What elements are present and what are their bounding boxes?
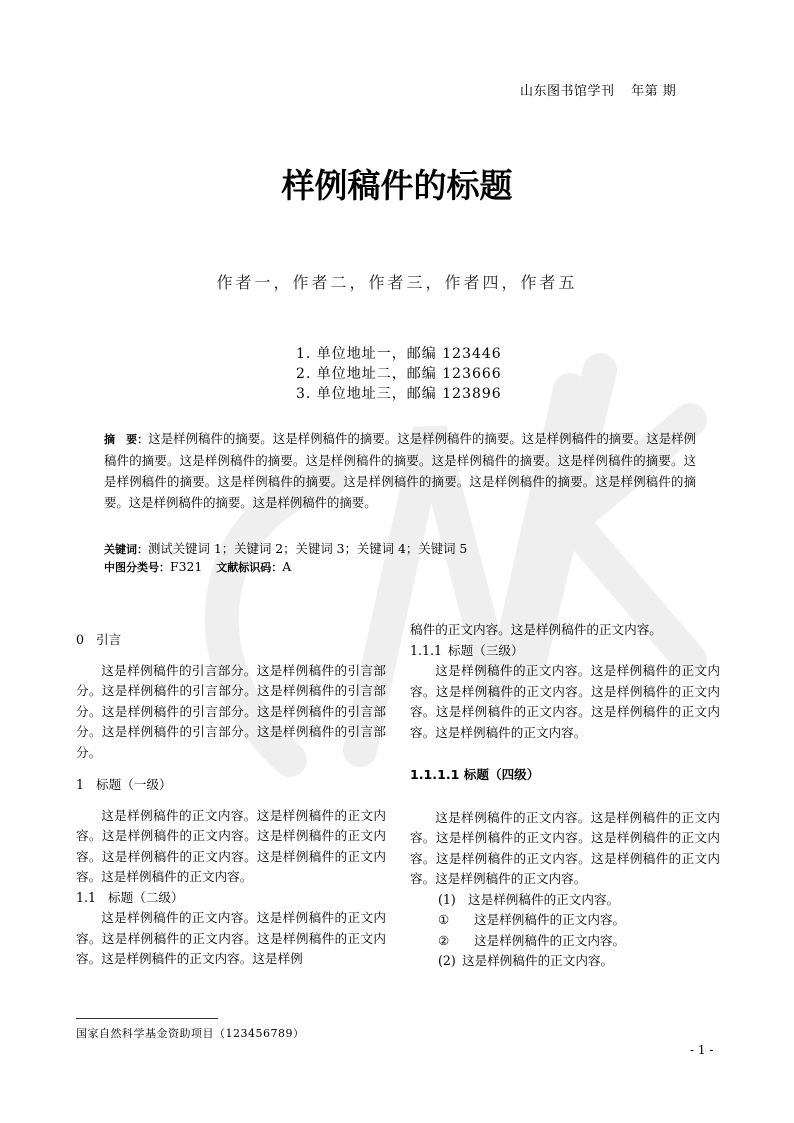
clc-label: 中图分类号： (104, 561, 170, 574)
section-heading-level1: 1标题（一级） (76, 775, 386, 796)
clc-value: F321 (170, 559, 202, 574)
affiliation-list: 1. 单位地址一，邮编 123446 2. 单位地址二，邮编 123666 3.… (296, 344, 502, 404)
journal-name: 山东图书馆学刊 (520, 84, 615, 99)
keywords-label: 关键词： (104, 543, 148, 556)
list-item: ②这是样例稿件的正文内容。 (410, 931, 720, 952)
author-list: 作者一，作者二，作者三，作者四，作者五 (0, 270, 794, 293)
continued-paragraph: 稿件的正文内容。这是样例稿件的正文内容。 (410, 620, 720, 641)
paper-title: 样例稿件的标题 (0, 160, 794, 207)
section1111-paragraph: 这是样例稿件的正文内容。这是样例稿件的正文内容。这是样例稿件的正文内容。这是样例… (410, 808, 720, 890)
affiliation-item: 2. 单位地址二，邮编 123666 (296, 364, 502, 384)
abstract-label: 摘 要： (104, 433, 148, 446)
abstract-text: 这是样例稿件的摘要。这是样例稿件的摘要。这是样例稿件的摘要。这是样例稿件的摘要。… (104, 431, 696, 510)
intro-paragraph: 这是样例稿件的引言部分。这是样例稿件的引言部分。这是样例稿件的引言部分。这是样例… (76, 661, 386, 764)
list-item: (2)这是样例稿件的正文内容。 (410, 951, 720, 972)
journal-header: 山东图书馆学刊 年第 期 (520, 80, 676, 99)
section1-paragraph: 这是样例稿件的正文内容。这是样例稿件的正文内容。这是样例稿件的正文内容。这是样例… (76, 806, 386, 888)
section-heading-level2: 1.1标题（二级） (76, 888, 386, 909)
section-heading-level3: 1.1.1标题（三级） (410, 641, 720, 662)
affiliation-item: 1. 单位地址一，邮编 123446 (296, 344, 502, 364)
page-number: - 1 - (690, 1043, 713, 1057)
doc-code-value: A (282, 559, 291, 574)
section11-paragraph: 这是样例稿件的正文内容。这是样例稿件的正文内容。这是样例稿件的正文内容。这是样例… (76, 908, 386, 970)
body-left-column: 0引言 这是样例稿件的引言部分。这是样例稿件的引言部分。这是样例稿件的引言部分。… (76, 630, 386, 970)
classification: 中图分类号：F321 文献标识码：A (104, 559, 291, 575)
funding-footnote: 国家自然科学基金资助项目（123456789） (76, 1025, 305, 1041)
body-right-column: 稿件的正文内容。这是样例稿件的正文内容。 1.1.1标题（三级） 这是样例稿件的… (410, 620, 720, 972)
keywords-text: 测试关键词 1；关键词 2；关键词 3；关键词 4；关键词 5 (148, 541, 467, 556)
section111-paragraph: 这是样例稿件的正文内容。这是样例稿件的正文内容。这是样例稿件的正文内容。这是样例… (410, 661, 720, 743)
section-heading-intro: 0引言 (76, 630, 386, 651)
list-item: (1)这是样例稿件的正文内容。 (410, 890, 720, 911)
keywords: 关键词：测试关键词 1；关键词 2；关键词 3；关键词 4；关键词 5 (104, 539, 467, 559)
affiliation-item: 3. 单位地址三，邮编 123896 (296, 384, 502, 404)
numbered-list: (1)这是样例稿件的正文内容。 ①这是样例稿件的正文内容。 ②这是样例稿件的正文… (410, 890, 720, 972)
abstract: 摘 要：这是样例稿件的摘要。这是样例稿件的摘要。这是样例稿件的摘要。这是样例稿件… (104, 428, 696, 513)
section-heading-level4: 1.1.1.1 标题（四级） (410, 765, 720, 786)
list-item: ①这是样例稿件的正文内容。 (410, 910, 720, 931)
doc-code-label: 文献标识码： (216, 561, 282, 574)
journal-issue: 年第 期 (631, 84, 676, 99)
footnote-divider (76, 1018, 218, 1019)
